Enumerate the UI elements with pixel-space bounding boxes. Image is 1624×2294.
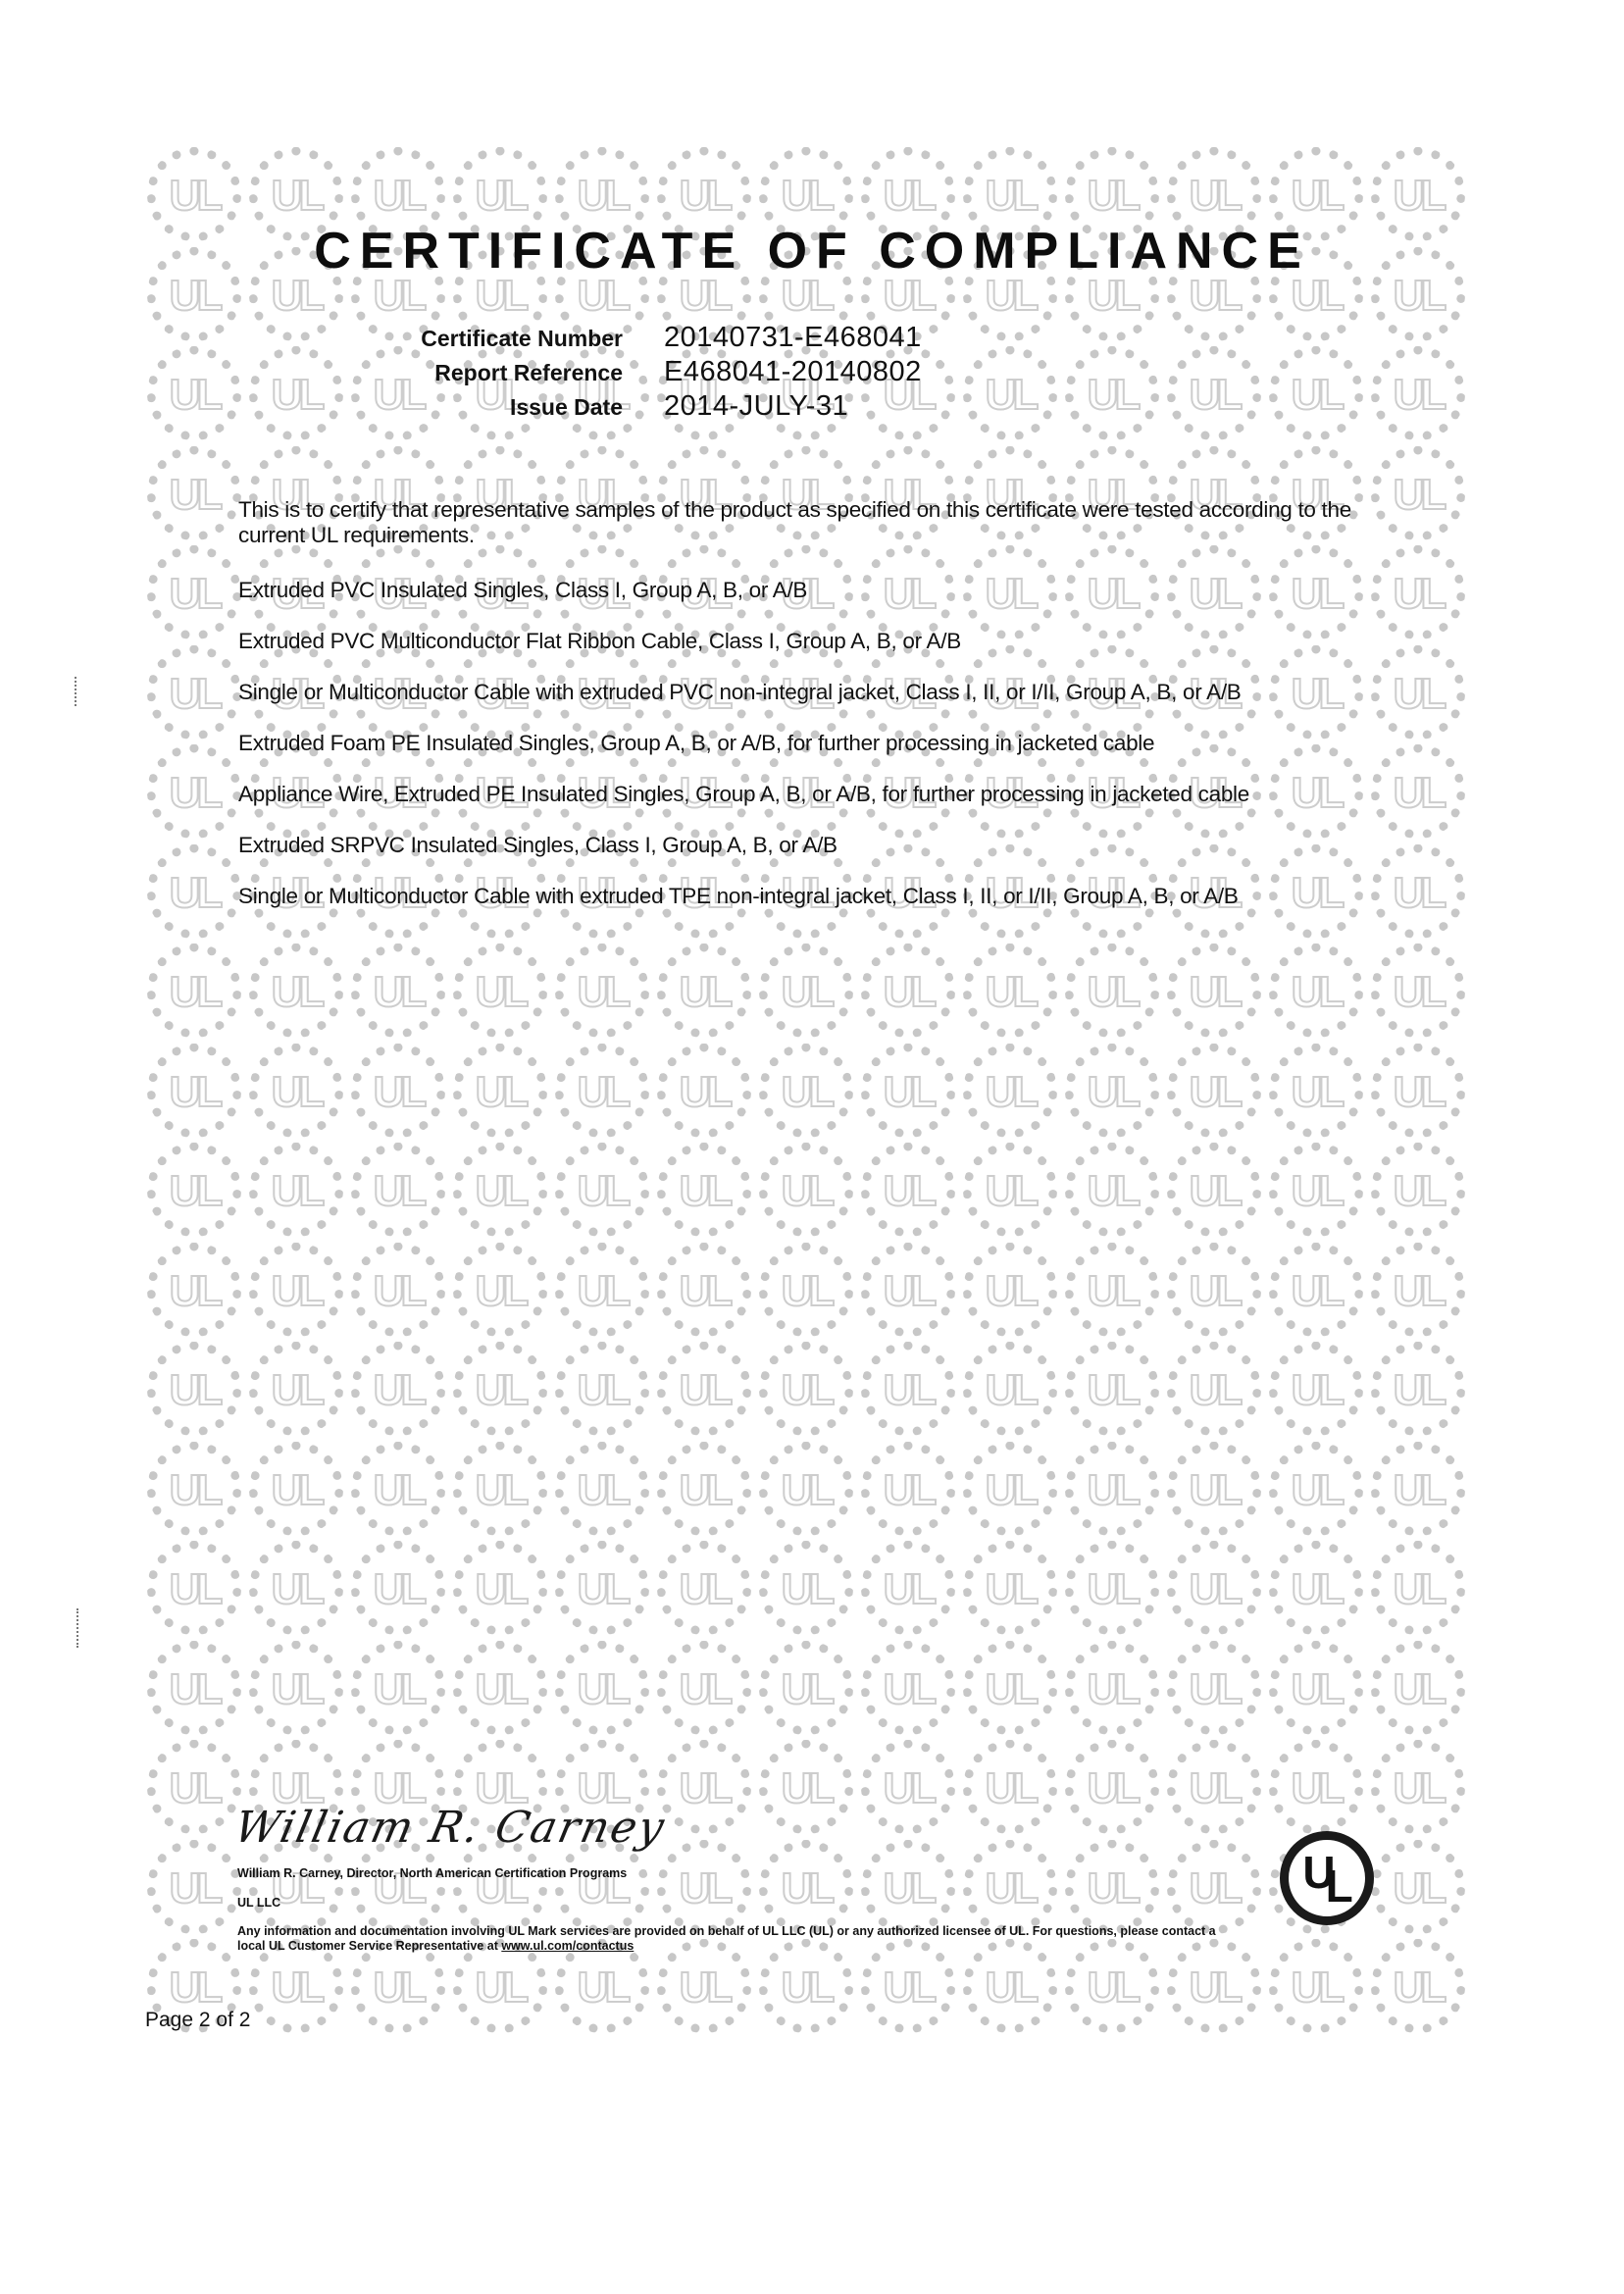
report-reference-row: Report Reference E468041-20140802 (387, 356, 922, 390)
ul-watermark-icon: UL (1371, 1243, 1465, 1337)
issue-date-row: Issue Date 2014-JULY-31 (387, 390, 922, 425)
ul-watermark-icon: UL (147, 744, 241, 839)
ul-watermark-icon: UL (963, 1044, 1057, 1138)
ul-watermark-icon: UL (861, 1740, 955, 1834)
ul-watermark-icon: UL (657, 1044, 751, 1138)
ul-watermark-icon: UL (453, 1442, 547, 1536)
ul-watermark-icon: UL (861, 1641, 955, 1735)
ul-watermark-icon: UL (1269, 1143, 1363, 1237)
ul-watermark-icon: UL (1167, 1840, 1261, 1934)
ul-watermark-icon: UL (1167, 1342, 1261, 1436)
ul-watermark-icon: UL (1065, 1740, 1159, 1834)
scan-margin-mark (76, 1608, 82, 1648)
ul-watermark-icon: UL (1371, 943, 1465, 1038)
ul-watermark-icon: UL (249, 1342, 343, 1436)
ul-watermark-icon: UL (759, 1641, 853, 1735)
ul-watermark-icon: UL (759, 1044, 853, 1138)
ul-watermark-icon: UL (759, 1840, 853, 1934)
ul-watermark-icon: UL (1167, 1641, 1261, 1735)
ul-watermark-icon: UL (147, 1641, 241, 1735)
product-item: Appliance Wire, Extruded PE Insulated Si… (238, 782, 1386, 807)
ul-watermark-icon: UL (963, 1541, 1057, 1635)
ul-watermark-icon: UL (147, 346, 241, 440)
ul-watermark-icon: UL (1269, 1342, 1363, 1436)
ul-watermark-icon: UL (1371, 1143, 1465, 1237)
ul-watermark-icon: UL (351, 1641, 445, 1735)
ul-watermark-icon: UL (555, 1442, 649, 1536)
ul-watermark-icon: UL (963, 1740, 1057, 1834)
ul-watermark-icon: UL (351, 1143, 445, 1237)
ul-watermark-icon: UL (1269, 1044, 1363, 1138)
ul-watermark-icon: UL (657, 1243, 751, 1337)
ul-watermark-icon: UL (861, 1342, 955, 1436)
ul-watermark-icon: UL (555, 1541, 649, 1635)
ul-watermark-icon: UL (1065, 1641, 1159, 1735)
ul-watermark-icon: UL (1167, 1541, 1261, 1635)
ul-watermark-icon: UL (657, 1541, 751, 1635)
ul-watermark-icon: UL (453, 1044, 547, 1138)
certificate-number-label: Certificate Number (387, 326, 664, 352)
ul-watermark-icon: UL (963, 1143, 1057, 1237)
handwritten-signature: William R. Carney (230, 1803, 671, 1853)
ul-watermark-icon: UL (861, 1442, 955, 1536)
ul-watermark-icon: UL (351, 1342, 445, 1436)
ul-watermark-icon: UL (963, 943, 1057, 1038)
ul-watermark-icon: UL (1065, 1243, 1159, 1337)
ul-watermark-icon: UL (555, 1840, 649, 1934)
ul-watermark-icon: UL (1167, 1044, 1261, 1138)
ul-watermark-icon: UL (453, 943, 547, 1038)
product-item: Single or Multiconductor Cable with extr… (238, 884, 1386, 909)
ul-watermark-icon: UL (351, 1044, 445, 1138)
ul-watermark-icon: UL (147, 1541, 241, 1635)
ul-watermark-icon: UL (1269, 1541, 1363, 1635)
certificate-number-value: 20140731-E468041 (664, 322, 922, 354)
certificate-body: This is to certify that representative s… (238, 497, 1386, 935)
report-reference-value: E468041-20140802 (664, 356, 922, 388)
ul-watermark-icon: UL (147, 1143, 241, 1237)
ul-watermark-icon: UL (249, 943, 343, 1038)
ul-watermark-icon: UL (759, 1442, 853, 1536)
ul-watermark-icon: UL (351, 1840, 445, 1934)
ul-watermark-icon: UL (147, 545, 241, 639)
ul-watermark-icon: UL (555, 1342, 649, 1436)
ul-watermark-icon: UL (147, 1044, 241, 1138)
ul-watermark-icon: UL (1065, 943, 1159, 1038)
product-item: Single or Multiconductor Cable with extr… (238, 680, 1386, 705)
ul-watermark-icon: UL (555, 1243, 649, 1337)
ul-logo-icon: UL (1280, 1831, 1374, 1925)
certification-statement: This is to certify that representative s… (238, 497, 1386, 548)
ul-watermark-icon: UL (249, 1541, 343, 1635)
ul-watermark-icon: UL (555, 1641, 649, 1735)
ul-watermark-icon: UL (759, 1143, 853, 1237)
ul-watermark-icon: UL (1065, 346, 1159, 440)
disclaimer-text: Any information and documentation involv… (237, 1924, 1216, 1953)
ul-watermark-icon: UL (963, 346, 1057, 440)
ul-watermark-icon: UL (555, 1044, 649, 1138)
ul-watermark-icon: UL (1065, 1044, 1159, 1138)
ul-watermark-icon: UL (1371, 1939, 1465, 2033)
ul-watermark-icon: UL (759, 943, 853, 1038)
ul-watermark-icon: UL (147, 943, 241, 1038)
ul-watermark-icon: UL (351, 1442, 445, 1536)
scan-margin-mark (75, 677, 80, 706)
ul-watermark-icon: UL (147, 1243, 241, 1337)
ul-watermark-icon: UL (1065, 1442, 1159, 1536)
ul-watermark-icon: UL (249, 1243, 343, 1337)
ul-watermark-icon: UL (351, 943, 445, 1038)
ul-watermark-icon: UL (1167, 1143, 1261, 1237)
ul-watermark-icon: UL (249, 1442, 343, 1536)
ul-watermark-icon: UL (657, 1442, 751, 1536)
ul-watermark-icon: UL (1371, 1641, 1465, 1735)
ul-watermark-icon: UL (1371, 1541, 1465, 1635)
issue-date-value: 2014-JULY-31 (664, 390, 848, 423)
ul-watermark-icon: UL (1371, 1442, 1465, 1536)
ul-watermark-icon: UL (249, 1143, 343, 1237)
ul-watermark-icon: UL (759, 1243, 853, 1337)
ul-watermark-icon: UL (351, 1243, 445, 1337)
ul-watermark-icon: UL (147, 1740, 241, 1834)
product-item: Extruded Foam PE Insulated Singles, Grou… (238, 731, 1386, 756)
ul-watermark-icon: UL (1371, 1342, 1465, 1436)
ul-watermark-icon: UL (963, 1243, 1057, 1337)
ul-watermark-icon: UL (1167, 943, 1261, 1038)
ul-watermark-icon: UL (147, 446, 241, 540)
ul-watermark-icon: UL (1065, 1541, 1159, 1635)
certificate-number-row: Certificate Number 20140731-E468041 (387, 322, 922, 356)
ul-watermark-icon: UL (657, 1342, 751, 1436)
product-item: Extruded SRPVC Insulated Singles, Class … (238, 833, 1386, 858)
organization-name: UL LLC (237, 1896, 280, 1910)
ul-watermark-icon: UL (963, 1641, 1057, 1735)
ul-watermark-icon: UL (249, 1044, 343, 1138)
ul-watermark-icon: UL (759, 1541, 853, 1635)
page-number: Page 2 of 2 (145, 2009, 250, 2032)
ul-watermark-icon: UL (1269, 1740, 1363, 1834)
ul-watermark-icon: UL (657, 1143, 751, 1237)
signer-line: William R. Carney, Director, North Ameri… (237, 1866, 627, 1880)
ul-watermark-icon: UL (453, 1641, 547, 1735)
product-item: Extruded PVC Insulated Singles, Class I,… (238, 578, 1386, 603)
ul-watermark-icon: UL (1167, 1740, 1261, 1834)
product-item: Extruded PVC Multiconductor Flat Ribbon … (238, 629, 1386, 654)
issue-date-label: Issue Date (387, 394, 664, 421)
ul-watermark-icon: UL (861, 1044, 955, 1138)
ul-watermark-icon: UL (1371, 346, 1465, 440)
ul-watermark-icon: UL (147, 645, 241, 739)
ul-watermark-icon: UL (1269, 1243, 1363, 1337)
ul-watermark-icon: UL (861, 943, 955, 1038)
ul-watermark-icon: UL (1269, 1641, 1363, 1735)
ul-watermark-icon: UL (861, 1143, 955, 1237)
ul-watermark-icon: UL (963, 1840, 1057, 1934)
ul-watermark-icon: UL (657, 1840, 751, 1934)
ul-watermark-icon: UL (759, 1740, 853, 1834)
disclaimer: Any information and documentation involv… (237, 1924, 1238, 1954)
ul-watermark-icon: UL (453, 1840, 547, 1934)
ul-watermark-icon: UL (657, 1641, 751, 1735)
ul-watermark-icon: UL (147, 1442, 241, 1536)
ul-watermark-icon: UL (249, 346, 343, 440)
ul-watermark-icon: UL (963, 1442, 1057, 1536)
ul-watermark-icon: UL (1167, 346, 1261, 440)
ul-watermark-icon: UL (861, 1840, 955, 1934)
certificate-title: CERTIFICATE OF COMPLIANCE (0, 222, 1624, 280)
ul-watermark-icon: UL (1065, 1840, 1159, 1934)
ul-watermark-icon: UL (963, 1342, 1057, 1436)
ul-watermark-icon: UL (147, 1840, 241, 1934)
report-reference-label: Report Reference (387, 360, 664, 386)
ul-watermark-icon: UL (1065, 1143, 1159, 1237)
contact-us-link[interactable]: www.ul.com/contactus (501, 1939, 634, 1953)
ul-watermark-icon: UL (861, 1243, 955, 1337)
ul-watermark-icon: UL (1065, 1342, 1159, 1436)
ul-watermark-icon: UL (861, 1541, 955, 1635)
ul-watermark-pattern: ULULULULULULULULULULULULULULULULULULULUL… (147, 147, 1481, 2045)
ul-watermark-icon: UL (249, 1840, 343, 1934)
ul-watermark-icon: UL (249, 1641, 343, 1735)
ul-watermark-icon: UL (147, 844, 241, 939)
ul-watermark-icon: UL (759, 1342, 853, 1436)
ul-watermark-icon: UL (1269, 943, 1363, 1038)
ul-logo-l: L (1326, 1860, 1353, 1912)
ul-watermark-icon: UL (1167, 1442, 1261, 1536)
certificate-details: Certificate Number 20140731-E468041 Repo… (387, 322, 922, 425)
ul-watermark-icon: UL (351, 1541, 445, 1635)
ul-watermark-icon: UL (657, 1740, 751, 1834)
ul-watermark-icon: UL (1167, 1243, 1261, 1337)
ul-watermark-icon: UL (453, 1143, 547, 1237)
ul-watermark-icon: UL (555, 943, 649, 1038)
ul-watermark-icon: UL (1269, 1442, 1363, 1536)
ul-watermark-icon: UL (657, 943, 751, 1038)
ul-watermark-icon: UL (1371, 1740, 1465, 1834)
ul-watermark-icon: UL (555, 1143, 649, 1237)
ul-watermark-icon: UL (453, 1541, 547, 1635)
ul-watermark-icon: UL (147, 1342, 241, 1436)
ul-watermark-icon: UL (453, 1243, 547, 1337)
ul-watermark-icon: UL (453, 1342, 547, 1436)
ul-watermark-icon: UL (1371, 1840, 1465, 1934)
ul-watermark-icon: UL (1269, 1939, 1363, 2033)
ul-watermark-icon: UL (1269, 346, 1363, 440)
ul-watermark-icon: UL (1371, 1044, 1465, 1138)
